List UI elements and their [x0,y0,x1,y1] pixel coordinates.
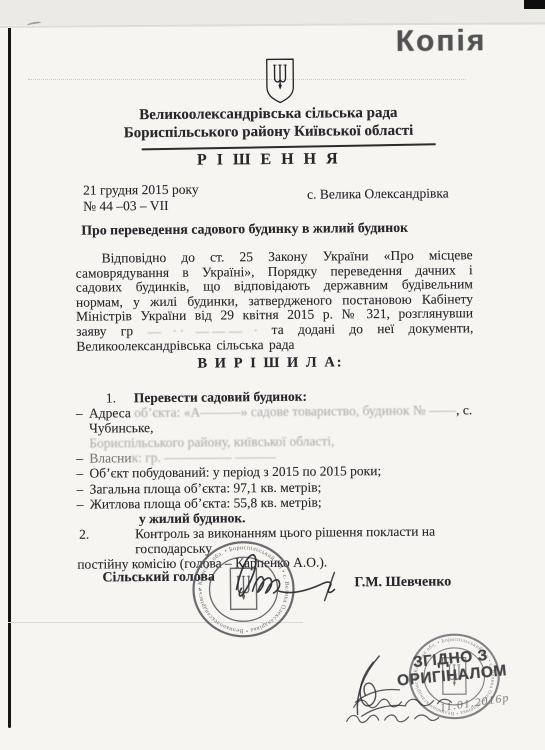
preamble-tail: та додані до неї документи, Великоолекса… [76,320,473,353]
list-dash: – [76,451,83,466]
ukraine-coat-of-arms-icon [261,57,299,105]
list-number: 1. [106,390,116,405]
redacted-applicant-name: — ·· ——— · ·· — ··· [147,324,257,335]
text-segment: Адреса [89,405,134,420]
copy-stamp: Копія [396,24,487,59]
authority-line2: Бориспільського району Київської області [58,121,478,143]
list-dash: – [76,466,83,481]
decision-place: с. Велика Олександрівка [307,185,449,202]
document-type-title: Р І Ш Е Н Н Я [59,149,479,171]
resolution-line: –Адреса об’єкта: «А———» садове товариств… [76,402,477,436]
text-segment: у жилий будинок. [139,510,246,526]
resolved-heading: В И Р І Ш И Л А: [60,353,480,374]
faded-text-segment: об’єкта: «А———» садове товариство, будин… [134,402,456,420]
decision-date: 21 грудня 2015 року [83,182,199,199]
issuing-authority: Великоолександрівська сільська рада Бори… [58,103,478,143]
handwritten-note-line2 [345,710,441,729]
text-segment: Перевести садовий будинок: [134,389,307,406]
decision-number: № 44 –03 – VII [83,197,199,214]
text-segment: Власни [89,451,131,466]
date-and-number-block: 21 грудня 2015 року № 44 –03 – VII [83,182,199,214]
preamble-paragraph: Відповідно до ст. 25 Закону України «Про… [76,248,474,354]
head-signature [228,546,359,607]
list-number: 2. [79,526,89,541]
list-dash: – [77,481,84,496]
scanned-document: Копія Великоолександрівська сільська рад… [0,0,545,750]
list-dash: – [76,406,83,421]
signer-name: Г.М. Шевченко [354,574,451,591]
decision-subject: Про переведення садового будинку в жилий… [81,220,408,239]
list-dash: – [77,496,84,511]
document-content: Копія Великоолександрівська сільська рад… [0,0,545,750]
faded-text-segment: к: гр. ————— ——— [131,449,275,465]
